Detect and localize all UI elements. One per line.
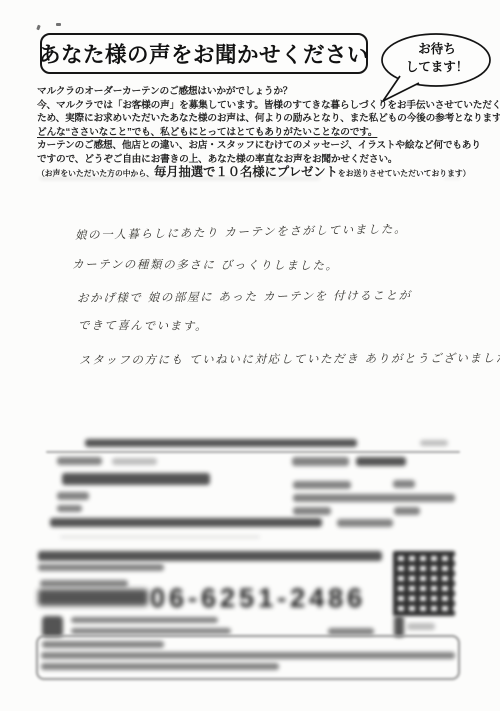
redacted-text-bar (407, 623, 435, 630)
redacted-text-bar (40, 580, 128, 587)
redacted-text-bar (85, 439, 357, 447)
form-divider-line (46, 451, 460, 453)
redacted-text-bar (292, 457, 349, 466)
redacted-text-bar (50, 518, 322, 527)
redacted-text-bar (356, 457, 406, 466)
redacted-text-bar (293, 494, 455, 502)
scan-artifact (56, 23, 61, 26)
redacted-text-bar (60, 536, 260, 538)
scan-artifact (444, 177, 460, 179)
redacted-name-field (62, 473, 210, 485)
scanned-feedback-sheet: あなた様の声をお聞かせください お待ち してます！ マルクラのオーダーカーテンの… (0, 0, 500, 711)
intro-body1: 今、マルクラでは「お客様の声」を募集しています。皆様のすてきな暮らしづくりをお手… (37, 97, 500, 111)
redacted-text-bar (71, 617, 218, 623)
redacted-text-bar (420, 440, 448, 446)
mobile-icon (394, 616, 404, 637)
redacted-text-bar (38, 551, 382, 561)
intro-underlined: どんな“ささいなこと”でも、私どもにとってはとてもありがたいことなのです。 (37, 124, 377, 138)
redacted-text-bar (57, 505, 82, 512)
handwritten-line: 娘の一人暮らしにあたり カーテンをさがしていました。 (75, 221, 407, 243)
redacted-text-bar (41, 663, 279, 670)
handwritten-line: できて喜んでいます。 (78, 317, 208, 334)
redacted-text-bar (57, 457, 102, 465)
redacted-phone-prefix (38, 589, 148, 606)
redacted-text-bar (293, 481, 351, 489)
handwritten-line: スタッフの方にも ていねいに対応していただき ありがとうございました。 (79, 350, 500, 368)
page-title: あなた様の声をお聞かせください (40, 33, 368, 74)
scan-artifact (36, 25, 41, 31)
redacted-text-bar (393, 480, 415, 488)
speech-bubble-line2: してます！ (392, 58, 482, 76)
redacted-text-bar (328, 628, 374, 635)
phone-number: 06-6251-2486 (150, 583, 366, 614)
scan-artifact (40, 177, 320, 180)
redacted-text-bar (337, 519, 393, 527)
intro-question: マルクラのオーダーカーテンのご感想はいかがでしょうか？ (37, 83, 292, 97)
phone-icon (42, 616, 63, 637)
redacted-text-bar (293, 507, 331, 515)
qr-code (393, 551, 455, 616)
redacted-text-bar (112, 458, 157, 465)
intro-body2: ため、実際にお求めいただいたあなた様のお声は、何よりの励みとなり、また私どもの今… (37, 110, 500, 124)
handwritten-line: カーテンの種類の多さに びっくりしました。 (72, 256, 339, 273)
redacted-text-bar (38, 564, 164, 571)
speech-bubble-text: お待ち してます！ (392, 40, 482, 76)
redacted-text-bar (41, 652, 455, 659)
redacted-text-bar (394, 507, 420, 515)
redacted-text-bar (42, 641, 164, 648)
handwritten-line: おかげ様で 娘の部屋に あった カーテンを 付けることが (77, 287, 412, 306)
redacted-text-bar (71, 628, 231, 634)
speech-bubble-line1: お待ち (392, 40, 482, 58)
intro-body3: カーテンのご感想、他店との違い、お店・スタッフにむけてのメッセージ、イラストや絵… (37, 137, 481, 151)
redacted-text-bar (57, 492, 89, 500)
